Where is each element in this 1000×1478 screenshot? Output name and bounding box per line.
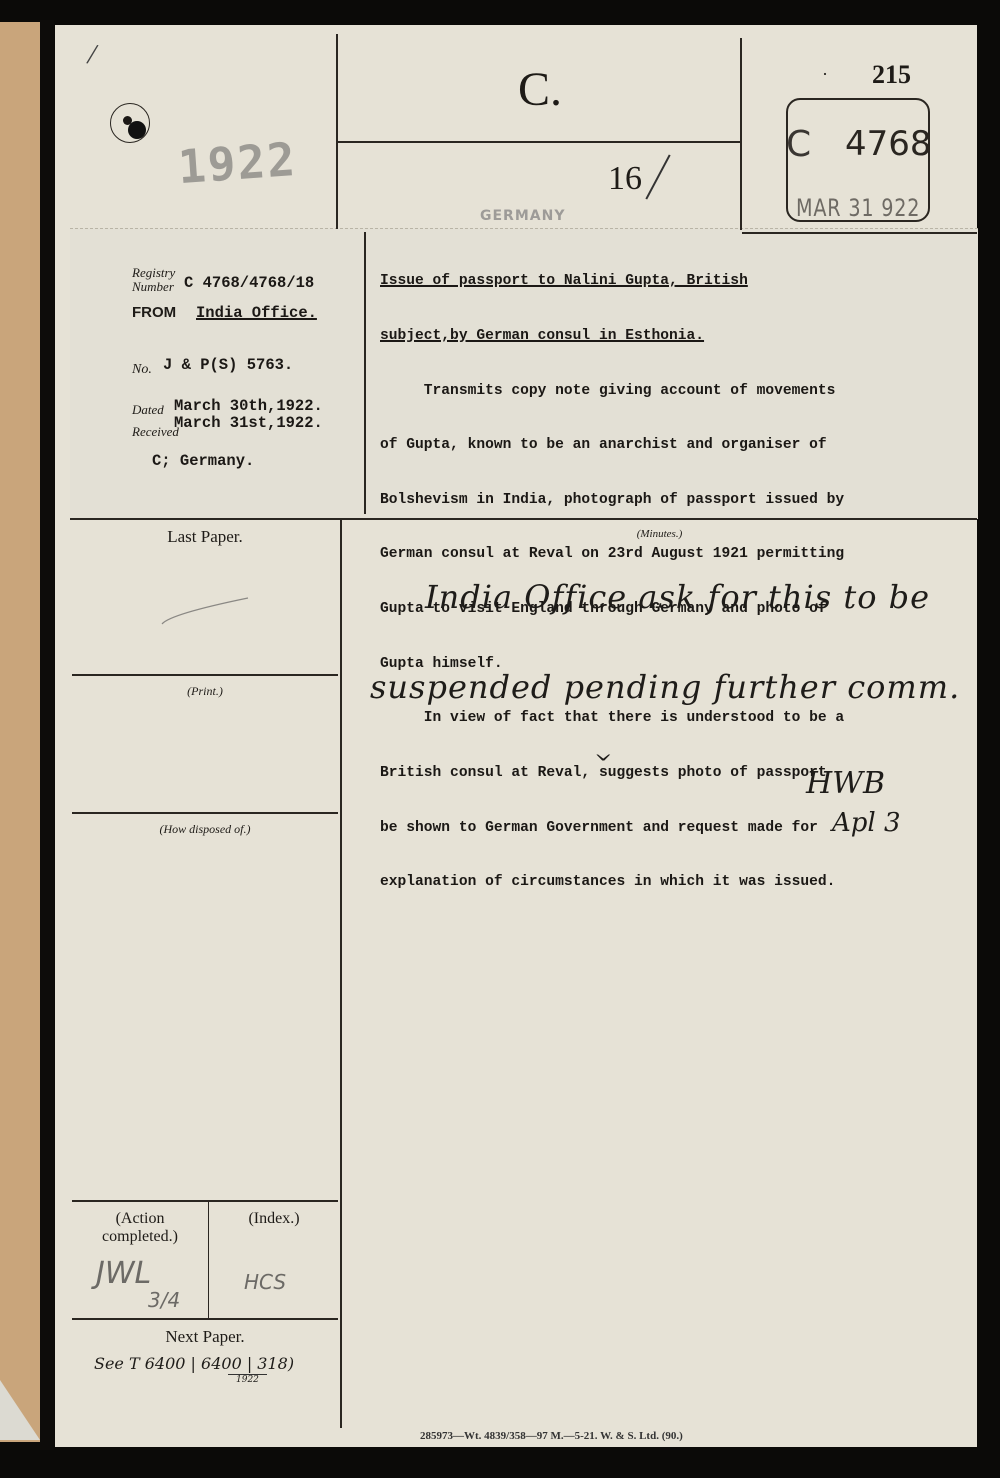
minutes-signature: HWB xyxy=(806,766,885,801)
page-dot: · xyxy=(822,64,828,85)
printer-imprint: 285973—Wt. 4839/358—97 M.—5-21. W. & S. … xyxy=(420,1430,683,1442)
action-initials: JWL xyxy=(96,1256,151,1291)
registry-label-line2: Number xyxy=(132,280,175,294)
summary-body-line: of Gupta, known to be an anarchist and o… xyxy=(380,436,970,454)
registry-stamp-number: 4768 xyxy=(845,124,932,164)
registry-label-line1: Registry xyxy=(132,266,175,280)
action-completed-label: (Action completed.) xyxy=(72,1210,208,1246)
folio-number: 16 xyxy=(608,160,642,198)
rule-action xyxy=(72,1200,338,1202)
registry-stamp-prefix: C xyxy=(786,124,811,165)
no-label: No. xyxy=(132,362,152,378)
last-paper-label: Last Paper. xyxy=(72,527,338,547)
body-column-divider xyxy=(340,518,342,1428)
header-bottom-rule xyxy=(742,232,977,234)
binding-spine xyxy=(40,20,54,1450)
no-value: J & P(S) 5763. xyxy=(163,356,293,374)
index-label: (Index.) xyxy=(210,1210,338,1228)
header-class-rule xyxy=(338,141,740,143)
year-stamp: 1922 xyxy=(176,132,298,194)
how-disposed-label: (How disposed of.) xyxy=(72,822,338,837)
from-label: FROM xyxy=(132,304,176,321)
minutes-date: Apl 3 xyxy=(832,808,901,838)
index-initials: HCS xyxy=(244,1270,286,1294)
rule-disposed xyxy=(72,812,338,814)
from-value: India Office. xyxy=(196,304,317,322)
pencil-tick-icon xyxy=(160,590,260,630)
registry-dot-icon xyxy=(110,103,150,143)
page-number: 215 xyxy=(872,60,911,90)
slip-divider xyxy=(364,232,366,514)
insertion-caret: ^ xyxy=(594,738,612,763)
summary-title-line-2: subject,by German consul in Esthonia. xyxy=(380,327,970,345)
summary-body-line: explanation of circumstances in which it… xyxy=(380,873,970,891)
summary-body-line: Transmits copy note giving account of mo… xyxy=(380,382,970,400)
received-label: Received xyxy=(132,424,179,440)
print-label: (Print.) xyxy=(72,684,338,699)
next-paper-year: 1922 xyxy=(228,1374,267,1385)
next-paper-label: Next Paper. xyxy=(72,1327,338,1347)
class-letter: C. xyxy=(340,62,740,117)
action-completed-line2: completed.) xyxy=(72,1228,208,1246)
rule-next-paper xyxy=(72,1318,338,1320)
summary-body-line: Bolshevism in India, photograph of passp… xyxy=(380,491,970,509)
registry-stamp-date: MAR 31 922 xyxy=(796,194,920,222)
folder-cover xyxy=(0,22,40,1442)
country-stamp: GERMANY xyxy=(480,208,565,224)
file-reference: C; Germany. xyxy=(152,452,254,470)
dated-value: March 30th,1922. xyxy=(174,397,323,415)
summary-title-line-1: Issue of passport to Nalini Gupta, Briti… xyxy=(380,272,970,290)
summary-body-line: German consul at Reval on 23rd August 19… xyxy=(380,545,970,563)
next-paper-reference: See T 6400 | 6400 | 318) xyxy=(94,1354,294,1373)
received-value: March 31st,1922. xyxy=(174,414,323,432)
action-date: 3/4 xyxy=(148,1288,180,1312)
summary-body-line: In view of fact that there is understood… xyxy=(380,709,970,727)
header-divider-right xyxy=(740,38,742,230)
minutes-line-2: suspended pending further comm. xyxy=(370,668,960,706)
action-index-divider xyxy=(208,1202,209,1318)
header-divider-left xyxy=(336,34,338,229)
dated-label: Dated xyxy=(132,402,164,418)
rule-print xyxy=(72,674,338,676)
action-completed-line1: (Action xyxy=(72,1210,208,1228)
registry-label: Registry Number xyxy=(132,266,175,294)
minutes-line-1: India Office ask for this to be xyxy=(425,578,930,616)
minutes-label: (Minutes.) xyxy=(342,528,977,540)
registry-number: C 4768/4768/18 xyxy=(184,274,314,292)
